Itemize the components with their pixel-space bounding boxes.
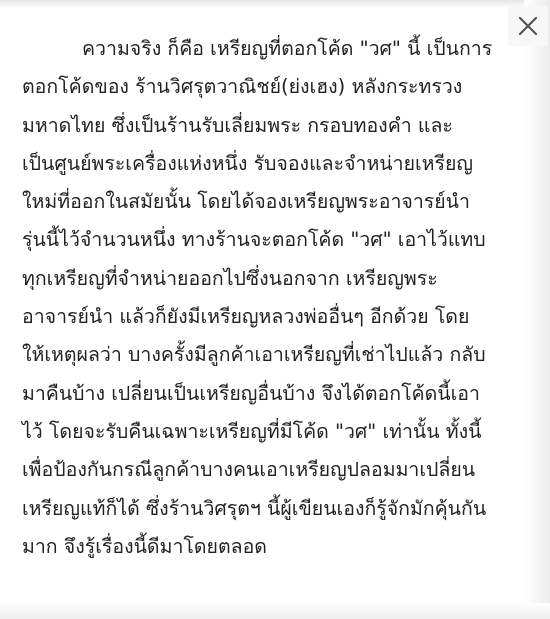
article-line: ไว้ โดยจะรับคืนเฉพาะเหรียญที่มีโค้ด "วศ"… bbox=[22, 413, 532, 451]
article-line: ใหม่ที่ออกในสมัยนั้น โดยได้จองเหรียญพระอ… bbox=[22, 183, 532, 221]
article-line: มาก จึงรู้เรื่องนี้ดีมาโดยตลอด bbox=[22, 528, 532, 566]
article-line: มาคืนบ้าง เปลี่ยนเป็นเหรียญอื่นบ้าง จึงไ… bbox=[22, 375, 532, 413]
article-line: ตอกโค้ดของ ร้านวิศรุตวาณิชย์(ย่งเฮง) หลั… bbox=[22, 68, 532, 106]
article-line: เพื่อป้องกันกรณีลูกค้าบางคนเอาเหรียญปลอม… bbox=[22, 451, 532, 489]
article-line: ความจริง ก็คือ เหรียญที่ตอกโค้ด "วศ" นี้… bbox=[22, 30, 532, 68]
article-line: ทุกเหรียญที่จำหน่ายออกไปซึ่งนอกจาก เหรีย… bbox=[22, 260, 532, 298]
article-line: เป็นศูนย์พระเครื่องแห่งหนึ่ง รับจองและจำ… bbox=[22, 145, 532, 183]
article-line: เหรียญแท้ก็ได้ ซึ่งร้านวิศรุตฯ นี้ผู้เขี… bbox=[22, 490, 532, 528]
bottom-shadow bbox=[0, 603, 550, 619]
page: ความจริง ก็คือ เหรียญที่ตอกโค้ด "วศ" นี้… bbox=[0, 0, 550, 619]
top-shadow bbox=[0, 0, 550, 8]
article-paragraph: ความจริง ก็คือ เหรียญที่ตอกโค้ด "วศ" นี้… bbox=[22, 30, 532, 566]
article-line: รุ่นนี้ไว้จำนวนหนึ่ง ทางร้านจะตอกโค้ด "ว… bbox=[22, 221, 532, 259]
article-line: อาจารย์นำ แล้วก็ยังมีเหรียญหลวงพ่ออื่นๆ … bbox=[22, 298, 532, 336]
article-line: มหาดไทย ซึ่งเป็นร้านรับเลี่ยมพระ กรอบทอง… bbox=[22, 107, 532, 145]
article-line: ให้เหตุผลว่า บางครั้งมีลูกค้าเอาเหรียญที… bbox=[22, 336, 532, 374]
